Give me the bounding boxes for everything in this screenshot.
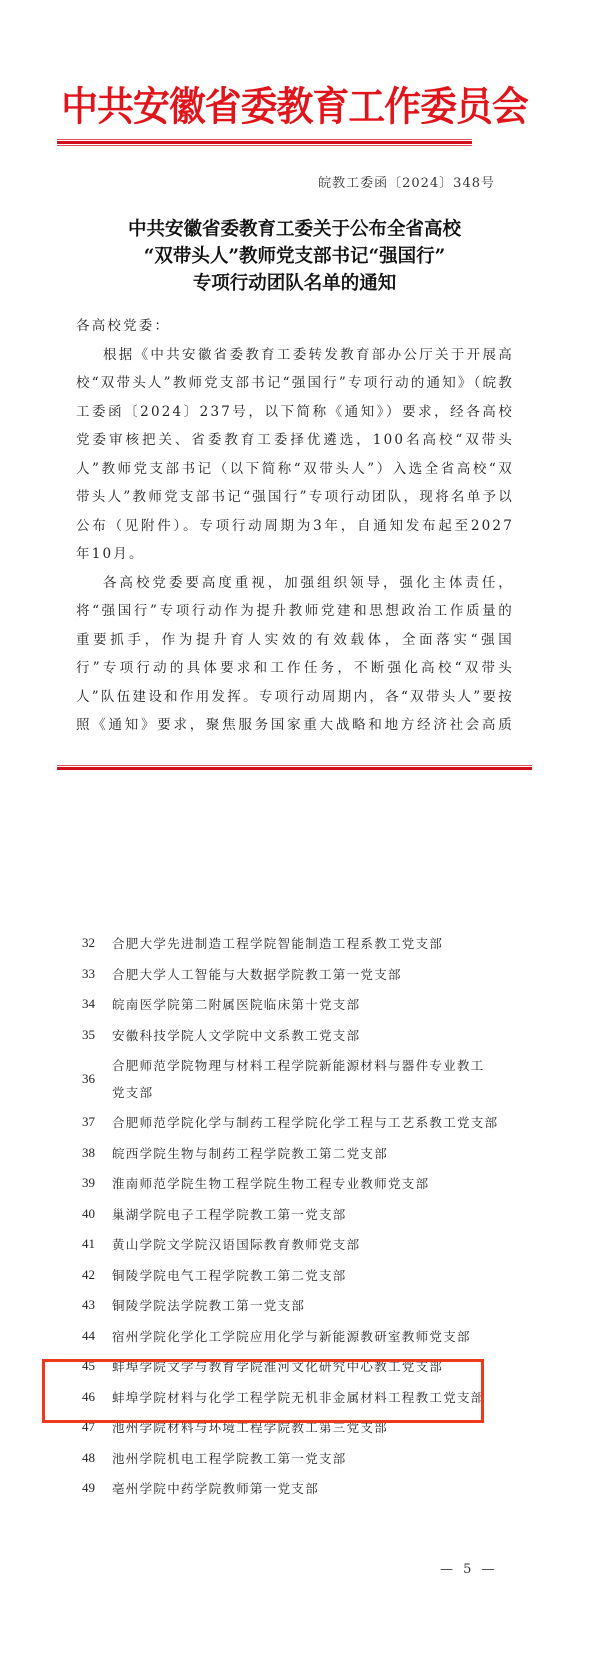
list-item: 49亳州学院中药学院教师第一党支部	[82, 1473, 502, 1504]
page-break-rule	[57, 765, 532, 770]
title-line-1: 中共安徽省委教育工委关于公布全省高校	[0, 216, 589, 243]
list-item: 39淮南师范学院生物工程学院生物工程专业教师党支部	[82, 1168, 502, 1199]
list-item: 37合肥师范学院化学与制药工程学院化学工程与工艺系教工党支部	[82, 1107, 502, 1138]
list-item: 35安徽科技学院人文学院中文系教工党支部	[82, 1020, 502, 1051]
list-item: 36合肥师范学院物理与材料工程学院新能源材料与器件专业教工党支部	[82, 1050, 502, 1107]
list-item: 44宿州学院化学化工学院应用化学与新能源教研室教师党支部	[82, 1321, 502, 1352]
list-item: 32合肥大学先进制造工程学院智能制造工程系教工党支部	[82, 928, 502, 959]
list-item: 43铜陵学院法学院教工第一党支部	[82, 1290, 502, 1321]
title-line-2: “双带头人”教师党支部书记“强国行”	[0, 243, 589, 270]
list-item: 40巢湖学院电子工程学院教工第一党支部	[82, 1199, 502, 1230]
highlight-box	[42, 1359, 484, 1423]
masthead-red-rule	[57, 139, 472, 146]
list-item: 42铜陵学院电气工程学院教工第二党支部	[82, 1260, 502, 1291]
document-body: 各高校党委： 根据《中共安徽省委教育工委转发教育部办公厅关于开展高校“双带头人”…	[76, 312, 514, 740]
paragraph-1: 根据《中共安徽省委教育工委转发教育部办公厅关于开展高校“双带头人”教师党支部书记…	[76, 341, 514, 569]
list-item: 34皖南医学院第二附属医院临床第十党支部	[82, 989, 502, 1020]
document-number: 皖教工委函〔2024〕348号	[318, 172, 495, 191]
list-item: 41黄山学院文学院汉语国际教育教师党支部	[82, 1229, 502, 1260]
list-item: 33合肥大学人工智能与大数据学院教工第一党支部	[82, 959, 502, 990]
title-line-3: 专项行动团队名单的通知	[0, 270, 589, 297]
list-item: 48池州学院机电工程学院教工第一党支部	[82, 1443, 502, 1474]
salutation: 各高校党委：	[76, 312, 514, 341]
list-item: 38皖西学院生物与制药工程学院教工第二党支部	[82, 1138, 502, 1169]
page-number: — 5 —	[440, 1562, 498, 1577]
document-title: 中共安徽省委教育工委关于公布全省高校 “双带头人”教师党支部书记“强国行” 专项…	[0, 216, 589, 297]
paragraph-2: 各高校党委要高度重视，加强组织领导，强化主体责任，将“强国行”专项行动作为提升教…	[76, 569, 514, 740]
masthead-title: 中共安徽省委教育工作委员会	[24, 82, 566, 132]
